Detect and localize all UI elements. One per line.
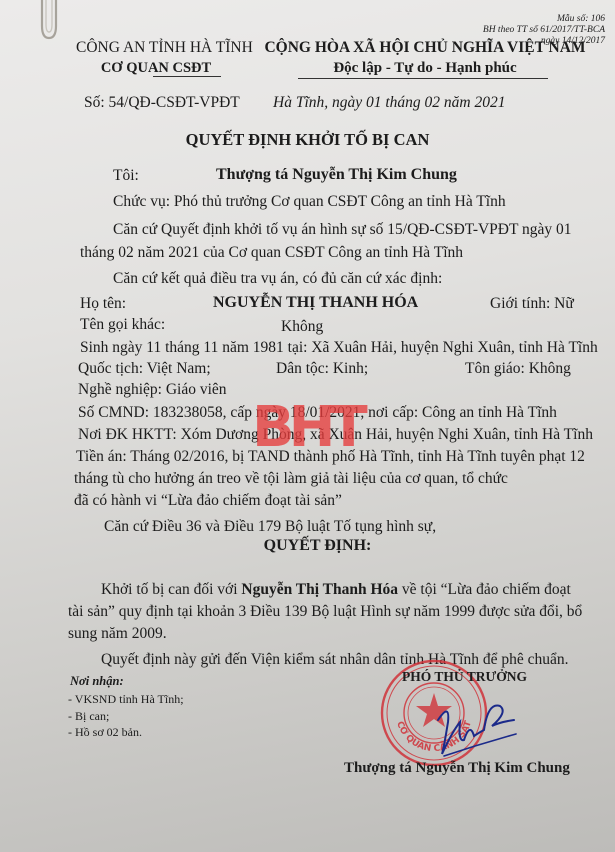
agency-name: CƠ QUAN CSĐT (76, 58, 236, 78)
issuer-label: Tôi: (113, 167, 139, 185)
decision-text: về tội “Lừa đảo chiếm đoạt (398, 581, 571, 598)
issuing-agency: CÔNG AN TỈNH HÀ TĨNH CƠ QUAN CSĐT (76, 38, 236, 78)
place-and-date: Hà Tĩnh, ngày 01 tháng 02 năm 2021 (273, 94, 506, 112)
decision-paragraph2: Quyết định này gửi đến Viện kiểm sát nhâ… (101, 651, 569, 669)
recipient-item: - Bị can; (68, 708, 184, 725)
occupation: Nghề nghiệp: Giáo viên (78, 381, 227, 399)
birth-info: Sinh ngày 11 tháng 11 năm 1981 tại: Xã X… (80, 339, 598, 357)
recipient-item: - Hồ sơ 02 bản. (68, 724, 184, 741)
nationality: Quốc tịch: Việt Nam; (78, 360, 211, 378)
motto: Độc lập - Tự do - Hạnh phúc (245, 58, 605, 78)
alias-value: Không (281, 318, 323, 336)
decision-paragraph1-line1: Khởi tố bị can đối với Nguyễn Thị Thanh … (101, 581, 571, 599)
decision-paragraph1-line3: sung năm 2009. (68, 625, 167, 643)
basis-investigation: Căn cứ kết quả điều tra vụ án, có đủ căn… (113, 270, 442, 288)
defendant-name-label: Họ tên: (80, 295, 126, 313)
document-number: Số: 54/QĐ-CSĐT-VPĐT (84, 94, 240, 112)
issuer-name: Thượng tá Nguyễn Thị Kim Chung (216, 166, 457, 184)
signer-title: PHÓ THỦ TRƯỞNG (402, 669, 527, 685)
religion: Tôn giáo: Không (465, 360, 571, 378)
issuer-position: Chức vụ: Phó thủ trưởng Cơ quan CSĐT Côn… (113, 193, 506, 211)
form-regulation: BH theo TT số 61/2017/TT-BCA (483, 25, 605, 36)
defendant-name-inline: Nguyễn Thị Thanh Hóa (241, 581, 398, 598)
decision-text: Khởi tố bị can đối với (101, 581, 241, 598)
offense-act: đã có hành vi “Lừa đảo chiếm đoạt tài sả… (74, 492, 342, 510)
agency-parent: CÔNG AN TỈNH HÀ TĨNH (76, 38, 236, 58)
watermark-logo: BHT (252, 400, 362, 456)
agency-underline (153, 76, 221, 77)
recipients-label: Nơi nhận: (70, 674, 124, 689)
signer-name: Thượng tá Nguyễn Thị Kim Chung (344, 760, 570, 777)
defendant-gender: Giới tính: Nữ (490, 295, 574, 313)
criminal-record-line2: tháng tù cho hưởng án treo về tội làm gi… (74, 470, 508, 488)
decision-heading: QUYẾT ĐỊNH: (0, 537, 615, 555)
alias-label: Tên gọi khác: (80, 316, 165, 334)
basis-case-line1: Căn cứ Quyết định khởi tố vụ án hình sự … (113, 221, 572, 239)
handwritten-signature (430, 692, 530, 762)
document-title: QUYẾT ĐỊNH KHỞI TỐ BỊ CAN (0, 130, 615, 150)
motto-underline (298, 78, 548, 79)
ethnicity: Dân tộc: Kinh; (276, 360, 368, 378)
basis-case-line2: tháng 02 năm 2021 của Cơ quan CSĐT Công … (80, 244, 463, 262)
decision-paragraph1-line2: tài sản” quy định tại khoản 3 Điều 139 B… (68, 603, 582, 621)
legal-basis: Căn cứ Điều 36 và Điều 179 Bộ luật Tố tụ… (104, 518, 436, 536)
national-motto: CỘNG HÒA XÃ HỘI CHỦ NGHĨA VIỆT NAM Độc l… (245, 38, 605, 78)
recipient-item: - VKSND tỉnh Hà Tĩnh; (68, 691, 184, 708)
form-number: Mẫu số: 106 (483, 14, 605, 25)
recipients-list: - VKSND tỉnh Hà Tĩnh; - Bị can; - Hồ sơ … (68, 691, 184, 741)
paperclip-icon (38, 0, 60, 42)
defendant-name: NGUYỄN THỊ THANH HÓA (213, 294, 418, 312)
country-name: CỘNG HÒA XÃ HỘI CHỦ NGHĨA VIỆT NAM (245, 38, 605, 58)
